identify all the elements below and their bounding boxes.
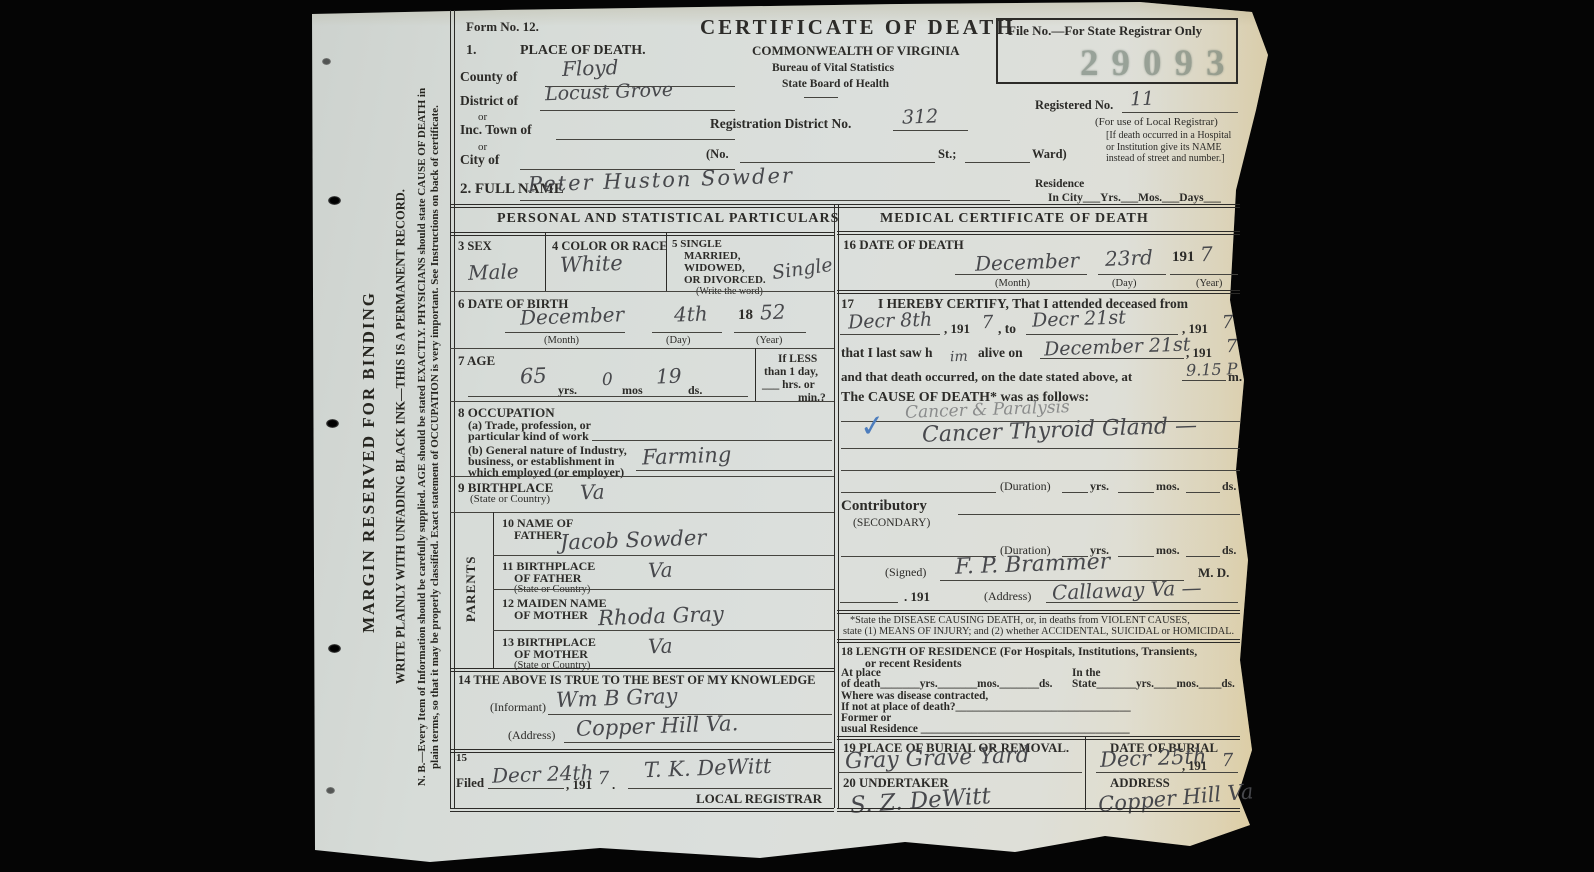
informant-label: (Informant) [490,701,546,714]
ward-label: Ward) [1032,148,1067,161]
filed-period: . [612,778,615,792]
local-registrar-signature: T. K. DeWitt [644,756,772,781]
race-value: White [560,253,623,276]
parents-row-rule [493,555,834,556]
attended-from-line [840,334,940,335]
parents-row-rule [493,630,834,631]
marital-label-3: WIDOWED, [684,263,745,275]
margin-write-plainly-note: WRITE PLAINLY WITH UNFADING BLACK INK—TH… [394,157,407,717]
age-years-value: 65 [520,366,547,388]
last-saw-date: December 21st [1044,335,1191,359]
death-occurred-label: and that death occurred, on the date sta… [841,370,1132,384]
registration-district-line [893,130,968,131]
form-number: Form No. 12. [466,20,539,34]
row-rule [450,401,834,402]
duration-rule-1b [1062,492,1088,493]
registration-district-value: 312 [902,107,939,127]
registered-no-label: Registered No. [1035,99,1113,112]
duration-yrs-1: yrs. [1090,480,1109,493]
physician-signature: F. P. Brammer [955,551,1111,578]
last-year-value: 7 [1226,338,1238,356]
if-less-label-4: min.? [798,392,826,404]
personal-title: PERSONAL AND STATISTICAL PARTICULARS [497,212,839,227]
dob-year-prefix: 18 [738,308,753,324]
section-rule [450,668,834,672]
mother-name-label-2: OF MOTHER [514,609,588,622]
last-year-printed: , 191 [1186,346,1212,360]
registration-district-label: Registration District No. [710,117,851,131]
mother-name-value: Rhoda Gray [598,604,724,629]
age-ds-label: ds. [688,384,702,397]
blue-check-mark-icon: ✓ [859,411,887,443]
in-the-label-2: State_______yrs.____mos.____ds. [1072,679,1235,691]
district-value: Locust Grove [545,81,674,104]
row-rule [450,512,834,513]
binder-hole [328,644,341,653]
to-year-value: 7 [1222,314,1234,332]
dod-month-line [955,274,1087,275]
street-line [965,162,1030,163]
duration-mos-2: mos. [1156,544,1180,557]
registered-no-value: 11 [1130,90,1155,110]
registrar-signature-line [628,788,832,789]
father-name-label-2: FATHER [514,529,562,542]
bottom-rule-left [450,808,834,812]
to-label: , to [998,322,1016,336]
dod-month-caption: (Month) [995,278,1030,289]
medical-title-rule [837,231,1240,235]
full-name-line [520,200,1010,201]
hospital-note: [If death occurred in a Hospital or Inst… [1106,130,1238,165]
signed-label: (Signed) [885,566,926,579]
binder-hole [326,787,335,794]
informant-address-value: Copper Hill Va. [576,713,739,740]
occupation-a-line [592,440,832,441]
date-of-death-day: 23rd [1105,247,1153,269]
filed-date-line [488,788,564,789]
local-registrar-label: LOCAL REGISTRAR [696,792,822,806]
alive-on-label: alive on [978,346,1023,360]
from-year-printed: , 191 [944,322,970,336]
sex-value: Male [468,261,519,283]
personal-title-rule [450,232,834,236]
informant-address-label: (Address) [508,729,555,742]
duration-mos-1: mos. [1156,480,1180,493]
if-less-label-2: than 1 day, [764,366,818,378]
certify-section-number: 17 [841,297,854,311]
filed-label: Filed [456,776,484,790]
dob-day-value: 4th [674,303,708,324]
parents-divider [493,512,494,668]
dob-month-caption: (Month) [544,335,579,346]
medical-title: MEDICAL CERTIFICATE OF DEATH [880,212,1149,227]
age-mos-label: mos [622,384,643,397]
dod-day-line [1098,274,1166,275]
binder-hole [326,419,339,428]
duration-rule-1d [1186,492,1220,493]
contributory-label: Contributory [841,499,927,515]
mother-birthplace-label-2: OF MOTHER [514,648,588,661]
column-divider [834,204,839,808]
duration-rule-1a [841,492,996,493]
parents-row-rule [493,589,834,590]
date-of-death-year: 7 [1200,244,1213,264]
inc-town-label: Inc. Town of [460,123,532,137]
bureau-subtitle: Bureau of Vital Statistics [772,62,894,74]
duration-ds-1: ds. [1222,480,1236,493]
m-label: m. [1228,370,1242,384]
dob-day-caption: (Day) [666,335,691,346]
mother-birthplace-value: Va [648,636,673,657]
margin-nb-note: N. B.—Every Item of Information should b… [416,87,442,787]
city-label: City of [460,153,499,167]
last-saw-line [1040,358,1184,359]
burial-place-line [838,772,1082,773]
birthplace-caption: (State or Country) [470,494,550,506]
residence-in-city-line: In City___Yrs.___Mos.___Days___ [1048,192,1221,204]
inc-town-line [556,139,735,140]
physician-address-value: Callaway Va — [1052,577,1202,602]
row-rule [450,291,834,292]
address-lead-line [840,602,898,603]
race-marital-divider [666,233,667,291]
address-year-printed: . 191 [904,590,930,604]
dod-year-caption: (Year) [1196,278,1222,289]
cause-blank-rule [841,470,1240,471]
occupation-b-line [636,470,832,471]
occupation-value: Farming [642,444,732,468]
binder-hole [328,196,341,205]
marital-label-4: OR DIVORCED. [684,275,766,287]
age-yrs-label: yrs. [558,384,577,397]
dob-year-line [734,332,806,333]
parents-side-label: PARENTS [464,529,478,649]
birthplace-value: Va [580,482,605,503]
age-line [468,396,748,397]
margin-binding-note: MARGIN RESERVED FOR BINDING [360,293,378,633]
commonwealth-subtitle: COMMONWEALTH OF VIRGINIA [752,44,960,58]
him-value: im [950,350,968,365]
form-left-border [450,10,455,808]
dod-bottom-rule [837,290,1240,294]
sex-label: 3 SEX [458,240,492,253]
footnote-line-2: state (1) MEANS OF INJURY; and (2) wheth… [843,627,1234,638]
footnote-top-rule [837,610,1240,614]
informant-address-line [564,742,832,743]
date-of-death-label: 16 DATE OF DEATH [843,238,964,252]
photograph-of-death-certificate: MARGIN RESERVED FOR BINDING WRITE PLAINL… [0,0,1594,872]
informant-value: Wm B Gray [556,686,678,711]
age-days-value: 19 [656,366,682,387]
if-less-label-3: ___ hrs. or [762,379,815,391]
md-label: M. D. [1198,566,1229,580]
dob-year-value: 52 [760,302,786,323]
filed-year-value: 7 [598,770,610,788]
duration-label-1: (Duration) [1000,480,1051,493]
attended-from-date: Decr 8th [848,311,933,333]
county-value: Floyd [562,57,619,79]
duration-rule-2c [1118,556,1154,557]
date-of-death-month: December [975,250,1080,274]
dob-day-line [652,332,722,333]
former-label-2: usual Residence ________________________… [841,724,1130,736]
father-name-value: Jacob Sowder [560,527,707,553]
duration-rule-1c [1118,492,1154,493]
burial-top-rule [837,736,1240,740]
district-label: District of [460,94,518,108]
burial-date-line [1096,772,1238,773]
section-rule [450,749,834,753]
binder-hole [322,58,331,65]
marital-write-word-note: (Write the word) [696,287,763,298]
footnote-bottom-rule [837,639,1240,643]
marital-label-2: MARRIED, [684,251,741,263]
secondary-label: (SECONDARY) [853,517,930,529]
attended-to-date: Decr 21st [1032,308,1126,330]
contributory-line [958,514,1240,515]
time-line [1182,380,1226,381]
duration-ds-2: ds. [1222,544,1236,557]
row-rule [450,476,834,477]
age-label: 7 AGE [458,354,495,368]
father-birthplace-label-2: OF FATHER [514,572,581,585]
registered-no-line [1122,112,1238,113]
physician-address-line [1046,602,1238,603]
row-rule [450,348,834,349]
street-no-label: (No. [706,148,729,161]
local-registrar-use-note: (For use of Local Registrar) [1095,117,1218,129]
burial-divider [1085,736,1086,810]
marital-label-1: 5 SINGLE [672,239,722,251]
street-no-line [740,162,935,163]
physician-address-label: (Address) [984,590,1031,603]
burial-year-value: 7 [1222,752,1234,770]
duration-rule-2d [1186,556,1220,557]
place-of-death-number: 1. [466,44,477,59]
board-subtitle: State Board of Health [782,78,889,90]
district-line [540,110,735,111]
county-label: County of [460,70,517,84]
dod-day-caption: (Day) [1112,278,1137,289]
street-label: St.; [938,148,956,161]
last-saw-label: that I last saw h [841,346,933,360]
age-subcell-divider [755,348,756,401]
cause-line-rule-2 [841,448,1240,449]
bottom-rule-right [837,808,1240,812]
filed-section-number: 15 [456,753,467,765]
from-year-value: 7 [982,314,994,332]
dob-month-line [505,332,625,333]
dob-year-caption: (Year) [756,335,782,346]
residence-label: Residence [1035,178,1084,190]
dod-year-prefix: 191 [1172,250,1195,266]
file-number-stamp: 29093 [1080,42,1238,85]
dob-month-value: December [520,304,625,328]
age-months-value: 0 [602,372,613,389]
certificate-title: CERTIFICATE OF DEATH [700,16,1016,38]
file-number-label: File No.—For State Registrar Only [1008,24,1202,38]
dod-year-line [1170,274,1238,275]
filed-year-printed: , 191 [566,778,592,792]
header-bottom-rule [450,204,1240,208]
occupation-a-label-2: particular kind of work [468,430,589,443]
header-dash [804,97,838,98]
sex-race-divider [545,233,546,291]
if-less-label-1: If LESS [778,353,817,365]
father-birthplace-value: Va [648,560,673,581]
